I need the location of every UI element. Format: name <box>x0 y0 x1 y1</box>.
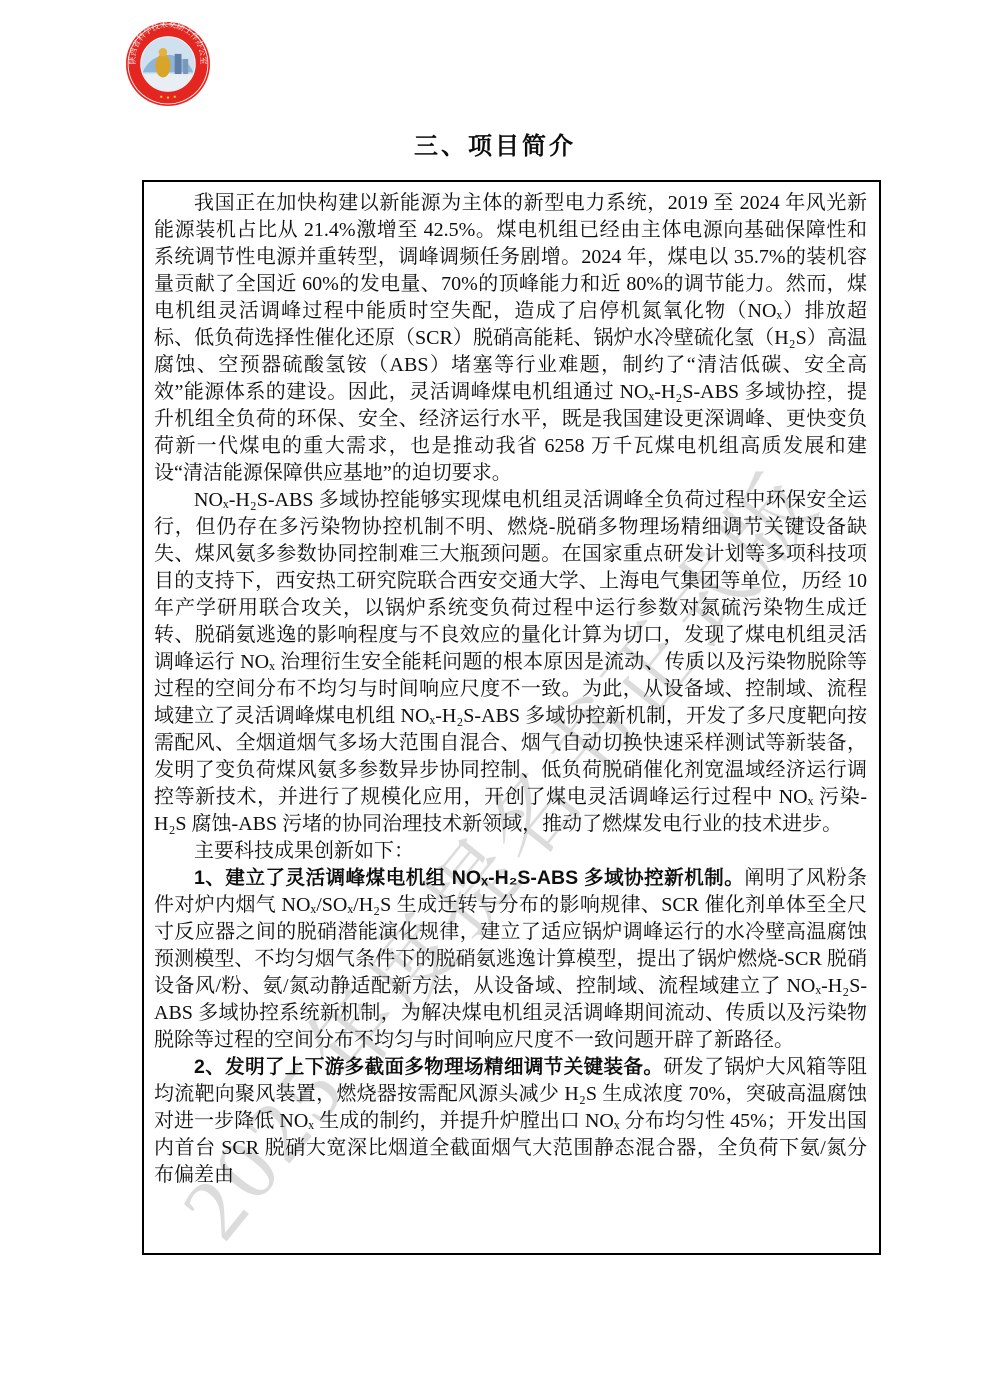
page-title: 三、项目简介 <box>0 126 990 161</box>
award-office-seal-logo: 陕西省科学技术奖励工作办公室 <box>126 22 210 106</box>
seal-building-2 <box>183 59 188 74</box>
seal-building <box>175 54 182 74</box>
bold-text-run: 1、建立了灵活调峰煤电机组 NOₓ-H₂S-ABS 多域协控新机制。 <box>194 867 744 889</box>
seal-star-dot <box>160 96 162 98</box>
seal-star-dot <box>167 96 169 98</box>
paragraph: 主要科技成果创新如下： <box>154 838 867 865</box>
seal-graphic: 陕西省科学技术奖励工作办公室 <box>126 22 210 106</box>
paragraph: 1、建立了灵活调峰煤电机组 NOₓ-H₂S-ABS 多域协控新机制。阐明了风粉条… <box>154 865 867 1054</box>
paragraph: NOₓ-H₂S-ABS 多域协控能够实现煤电机组灵活调峰全负荷过程中环保安全运行… <box>154 487 867 838</box>
seal-star-dot <box>174 96 176 98</box>
content-box: 我国正在加快构建以新能源为主体的新型电力系统，2019 至 2024 年风光新能… <box>142 180 881 1255</box>
paragraph: 我国正在加快构建以新能源为主体的新型电力系统，2019 至 2024 年风光新能… <box>154 190 867 487</box>
text-run: NOₓ-H₂S-ABS 多域协控能够实现煤电机组灵活调峰全负荷过程中环保安全运行… <box>154 489 867 835</box>
bold-text-run: 2、发明了上下游多截面多物理场精细调节关键装备。 <box>194 1056 663 1078</box>
text-run: 主要科技成果创新如下： <box>194 840 414 862</box>
text-run: 阐明了风粉条件对炉内烟气 NOₓ/SOₓ/H₂S 生成迁转与分布的影响规律、SC… <box>154 867 867 1051</box>
document-page: 陕西省科学技术奖励工作办公室 2025年度提名书正式版 三、项目简介 我国正在加… <box>0 0 990 1399</box>
text-run: 我国正在加快构建以新能源为主体的新型电力系统，2019 至 2024 年风光新能… <box>154 192 867 484</box>
paragraph: 2、发明了上下游多截面多物理场精细调节关键装备。研发了锅炉大风箱等阻均流靶向聚风… <box>154 1054 867 1189</box>
seal-gold-statue-head <box>159 48 167 56</box>
seal-gold-statue <box>155 54 170 78</box>
